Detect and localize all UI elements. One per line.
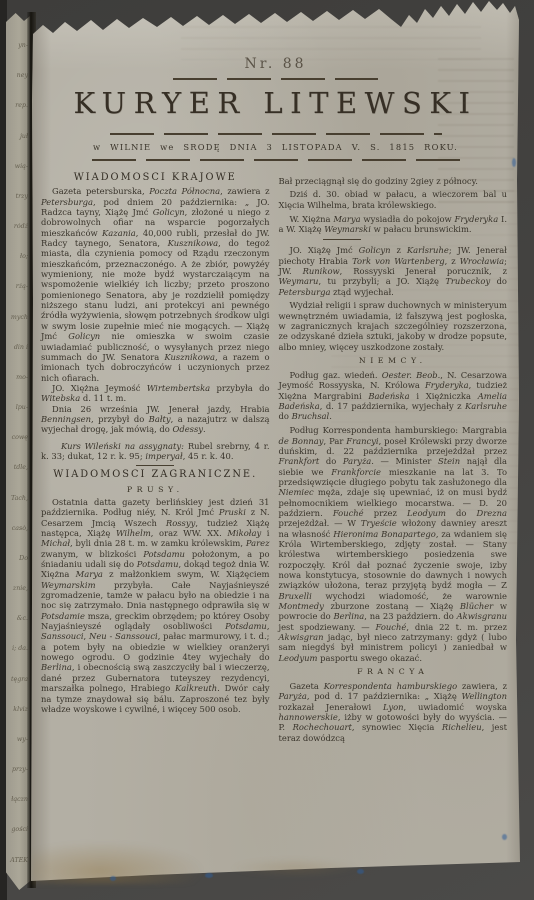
italic-run: Berlina — [41, 662, 72, 672]
ink-stain — [357, 869, 364, 874]
italic-run: Blücher — [460, 601, 493, 611]
italic-run: Niemiec — [279, 487, 314, 497]
italic-run: Rochechouart — [293, 722, 352, 732]
italic-run: Tork von Wartenberg — [352, 256, 445, 266]
italic-run: Fryderyka — [455, 214, 499, 224]
adjacent-page-text-fragment: din i — [6, 344, 28, 351]
scanned-newspaper-page: yn-neyrep.jułwią-trzyródźło;rżą-mychdin … — [0, 0, 534, 900]
text-run: , tu przybyli; a JO. Xiążę — [318, 276, 445, 286]
text-run: w pałacu brunswickim. — [371, 224, 472, 234]
text-run: , byli dnia 28 t. m. w zamku królewskim, — [70, 538, 246, 548]
italic-run: Paryża — [343, 456, 371, 466]
adjacent-page-text-fragment: przy- — [6, 766, 28, 773]
italic-run: Korrespondenta hamburskiego — [324, 681, 457, 691]
article-paragraph: Bał przeciągnął się do godziny 2giey z p… — [279, 176, 508, 186]
masthead-rule — [110, 133, 442, 135]
article-paragraph: Podług Korrespondenta hamburskiego: Marg… — [279, 425, 508, 663]
adjacent-page-text-fragment: casò, — [6, 525, 28, 532]
text-run: i — [261, 528, 269, 538]
text-run: , uwiadomić woyska — [404, 702, 507, 712]
text-run: Dnia 26 września JW. Jenerał jazdy, Hrab… — [52, 404, 270, 414]
adjacent-page-text-fragment: mych — [6, 314, 28, 321]
italic-run: hannowerskie — [279, 712, 338, 722]
masthead: Nr. 88 KURYER LITEWSKI w WILNIE we SRODĘ… — [31, 0, 520, 161]
text-run: , — [267, 621, 270, 631]
dateline: w WILNIE we SRODĘ DNIA 3 LISTOPADA V. S.… — [31, 142, 520, 152]
italic-run: Frankfort — [279, 456, 320, 466]
italic-run: Drezna — [477, 508, 507, 518]
italic-run: Lyon — [383, 702, 404, 712]
adjacent-page-text-fragment: wy- — [6, 736, 28, 743]
text-run: W. Xiężna — [290, 214, 334, 224]
italic-run: Petersburga — [41, 197, 93, 207]
italic-run: Witebska — [41, 393, 80, 403]
italic-run: Pruski — [219, 507, 246, 517]
text-run: przejeżdżał. — W — [279, 518, 361, 528]
ink-stain — [205, 873, 213, 878]
adjacent-page-text-fragment: cowę — [6, 434, 28, 441]
text-run: , Rossyyski Jenerał porucznik, z — [340, 266, 507, 276]
italic-run: Wellington — [462, 691, 507, 701]
italic-run: Kusznikowa — [168, 238, 219, 248]
italic-run: Badeńska — [368, 391, 409, 401]
adjacent-page-text-fragment: juł — [6, 133, 28, 140]
text-run: Gazeta — [290, 681, 324, 691]
adjacent-page-text-fragment: mo- — [6, 374, 28, 381]
masthead-rule — [173, 78, 378, 80]
adjacent-page-text-fragment: znie, — [6, 585, 28, 592]
italic-run: Montmedy — [279, 601, 324, 611]
text-run: jest spodziewany. — — [279, 622, 376, 632]
italic-run: Michał — [41, 538, 70, 548]
article-paragraph: W. Xiężna Marya wysiadła do pokojow Fryd… — [279, 214, 508, 235]
italic-run: Bruchsal — [292, 411, 330, 421]
article-paragraph: JO. Xiężna Jeymość Wirtembertska przybył… — [41, 383, 270, 404]
text-run: JO. Xiążę Jmć — [290, 245, 359, 255]
italic-run: Wrocławia — [460, 256, 505, 266]
article-paragraph: Gazeta petersburska, Poczta Północna, za… — [41, 186, 270, 383]
text-run: Bał przeciągnął się do godziny 2giey z p… — [279, 176, 478, 186]
italic-run: Berlina — [333, 611, 364, 621]
italic-run: Kalkreuth — [175, 683, 217, 693]
italic-run: Bruxelli — [279, 591, 312, 601]
italic-run: Kurs Wileński na assygnaty: — [61, 441, 184, 451]
italic-run: Rossyy — [166, 518, 195, 528]
italic-run: Wirtembertska — [147, 383, 210, 393]
italic-run: Oester. Beob. — [382, 370, 441, 380]
italic-run: Odessy — [173, 424, 204, 434]
text-run: . — Minister — [371, 456, 438, 466]
article-paragraph: Podług gaz. wiedeń. Oester. Beob., N. Ce… — [279, 370, 508, 422]
italic-run: de Bonnay — [279, 436, 324, 446]
text-run: i Xiężniczka — [410, 391, 478, 401]
text-run: ztąd wyjechał. — [330, 287, 393, 297]
text-run: zburzone zostaną — Xiążę — [324, 601, 460, 611]
text-run: z małżonkiem swym, W. Xiążęciem — [103, 569, 270, 579]
text-run: , oraz WW. XX. — [151, 528, 228, 538]
italic-run: Trubeckoy — [445, 276, 490, 286]
text-run: rozkazał Jenerałowi — [279, 702, 383, 712]
article-paragraph: Gazeta Korrespondenta hamburskiego zawie… — [279, 681, 508, 743]
separator-rule — [323, 239, 361, 240]
italic-run: Petersburga — [279, 287, 331, 297]
article-paragraph: Ostatnia datta gazety berlińskiey jest d… — [41, 497, 270, 714]
text-run: , przybył do — [91, 414, 149, 424]
text-run: d. 11 t. m. — [80, 393, 126, 403]
text-run: z — [391, 245, 407, 255]
italic-run: Potsdamu — [143, 549, 185, 559]
text-run: Podług Korrespondenta hamburskiego: Marg… — [290, 425, 508, 435]
country-heading: FRANCYA — [279, 667, 508, 677]
section-heading: WIADOMOSCI KRAJOWE — [41, 173, 270, 183]
italic-run: Kazania — [102, 228, 136, 238]
newspaper-page: Nr. 88 KURYER LITEWSKI w WILNIE we SRODĘ… — [31, 0, 520, 888]
article-paragraph: Dnia 26 września JW. Jenerał jazdy, Hrab… — [41, 404, 270, 435]
text-run: Gazeta petersburska, — [52, 186, 149, 196]
adjacent-page-text-fragment: ney — [6, 72, 28, 79]
adjacent-page-text-fragment: Tach, — [6, 495, 28, 502]
text-run: pasportu swego okazać. — [318, 653, 423, 663]
text-run: do — [319, 456, 343, 466]
italic-run: Frankforcie — [331, 467, 381, 477]
text-run: Podług gaz. wiedeń. — [290, 370, 382, 380]
adjacent-page-text-fragment: klviz — [6, 706, 28, 713]
text-run: Wydział religii i spraw duchownych w min… — [279, 300, 508, 351]
italic-run: Weymaru — [279, 276, 319, 286]
text-run: Dziś d. 30. obiad w pałacu, a wieczorem … — [279, 189, 508, 209]
italic-run: Akwisgran — [279, 632, 324, 642]
adjacent-page-text-fragment: ło; — [6, 253, 28, 260]
italic-run: Kusznikowa — [164, 352, 215, 362]
text-run: , synowiec Xięcia — [352, 722, 442, 732]
adjacent-page-text-fragment: łączn — [6, 796, 28, 803]
ink-stain — [110, 876, 116, 881]
italic-run: Weymarski — [324, 224, 371, 234]
italic-run: Potsdamu — [137, 559, 179, 569]
article-columns: WIADOMOSCI KRAJOWEGazeta petersburska, P… — [31, 161, 520, 743]
binding-shadow — [0, 0, 7, 900]
text-run: . — [203, 424, 206, 434]
italic-run: Francyi — [346, 436, 378, 446]
text-run: przez — [364, 508, 407, 518]
text-run: zawiera, z — [457, 681, 507, 691]
text-run: do — [279, 411, 292, 421]
adjacent-page-text-fragment: ródź — [6, 223, 28, 230]
text-run: , dnia 22 t. m. przez — [406, 622, 507, 632]
column-right: Bał przeciągnął się do godziny 2giey z p… — [279, 172, 508, 743]
italic-run: Potsdamu — [225, 621, 267, 631]
text-run: , 45 r. k. 40. — [183, 451, 234, 461]
text-run: , pod d. 17 października: „ Xiążę — [307, 691, 462, 701]
text-run: do — [446, 508, 477, 518]
text-run: wychodzi wiadomość, że warownie — [312, 591, 507, 601]
italic-run: Golicyn — [68, 331, 100, 341]
italic-run: Bałty — [149, 414, 171, 424]
adjacent-page-text-fragment: tdle, — [6, 464, 28, 471]
issue-number: Nr. 88 — [31, 56, 520, 72]
italic-run: Paryża — [279, 691, 307, 701]
italic-run: Golicyn — [359, 245, 391, 255]
italic-run: Stein — [438, 456, 460, 466]
italic-run: Runikow — [303, 266, 340, 276]
italic-run: Benningsen — [41, 414, 91, 424]
italic-run: Hieronima Bonapartego — [333, 529, 436, 539]
adjacent-page-text-fragment: ATEK — [6, 857, 28, 864]
text-run: , zawiera z — [220, 186, 269, 196]
italic-run: Fryderyka — [425, 380, 469, 390]
italic-run: Weymarskim — [41, 580, 96, 590]
text-run: JO. Xiężna Jeymość — [52, 383, 147, 393]
text-run: , Par — [323, 436, 346, 446]
adjacent-page-text-fragment: i; da. — [6, 645, 28, 652]
italic-run: Wilhelm — [116, 528, 151, 538]
adjacent-page-text-fragment: lpu- — [6, 404, 28, 411]
text-run: , do tegoż miasta, dla czynienia pomocy … — [41, 238, 270, 341]
text-run: , na 23 październ. do — [364, 611, 456, 621]
text-run: , z — [445, 256, 460, 266]
adjacent-page-text-fragment: wią- — [6, 163, 28, 170]
adjacent-page-text-fragment: yn- — [6, 42, 28, 49]
text-run: do — [490, 276, 507, 286]
italic-run: Fouché — [376, 622, 407, 632]
adjacent-page-text-fragment: rep. — [6, 102, 28, 109]
text-run: wysiadła do pokojow — [361, 214, 455, 224]
exchange-rate-note: Kurs Wileński na assygnaty: Rubel srebrn… — [41, 441, 270, 462]
italic-run: Akwisgranu — [457, 611, 507, 621]
text-run: . — [329, 411, 332, 421]
adjacent-page-text-fragment: &c. — [6, 615, 28, 622]
italic-run: Mikołay — [227, 528, 261, 538]
italic-run: Sanssouci — [41, 631, 84, 641]
italic-run: Marya — [333, 214, 360, 224]
ink-stain — [502, 834, 507, 840]
italic-run: Fouché — [333, 508, 364, 518]
adjacent-page-text-fragment: tęgra — [6, 676, 28, 683]
paper-title: KURYER LITEWSKI — [31, 86, 520, 120]
italic-run: Marya — [76, 569, 103, 579]
text-run: przybyła do — [210, 383, 269, 393]
italic-run: Leodyum — [407, 508, 446, 518]
article-paragraph: Dziś d. 30. obiad w pałacu, a wieczorem … — [279, 189, 508, 210]
italic-run: imperyał — [145, 451, 182, 461]
adjacent-page-text-fragment: trzy — [6, 193, 28, 200]
country-heading: PRUSY. — [41, 485, 270, 495]
text-run: , d. 17 października, wyjechały z — [320, 401, 465, 411]
italic-run: Golicyn — [153, 207, 185, 217]
country-heading: NIEMCY. — [279, 356, 508, 366]
adjacent-page-text-fragment: gości — [6, 826, 28, 833]
italic-run: Karlsruhe — [407, 245, 449, 255]
column-left: WIADOMOSCI KRAJOWEGazeta petersburska, P… — [41, 172, 270, 743]
separator-rule — [136, 465, 174, 466]
article-paragraph: JO. Xiążę Jmć Golicyn z Karlsruhe; JW. J… — [279, 245, 508, 297]
italic-run: Poczta Północna — [149, 186, 220, 196]
italic-run: Leodyum — [279, 653, 318, 663]
italic-run: Parez — [246, 538, 270, 548]
italic-run: Richelieu — [442, 722, 482, 732]
article-paragraph: Wydział religii i spraw duchownych w min… — [279, 300, 508, 352]
italic-run: Karlsruhe — [465, 401, 507, 411]
italic-run: Tryeście — [361, 518, 397, 528]
ink-stain — [512, 158, 516, 167]
section-heading: WIADOMOSCI ZAGRANICZNE. — [41, 470, 270, 480]
text-run: zwanym, w blizkości — [41, 549, 143, 559]
adjacent-page-text-fragment: Do — [6, 555, 28, 562]
italic-run: Potsdamie — [41, 611, 85, 621]
italic-run: Neu - Sanssouci — [89, 631, 158, 641]
adjacent-page-text-fragment: rżą- — [6, 283, 28, 290]
